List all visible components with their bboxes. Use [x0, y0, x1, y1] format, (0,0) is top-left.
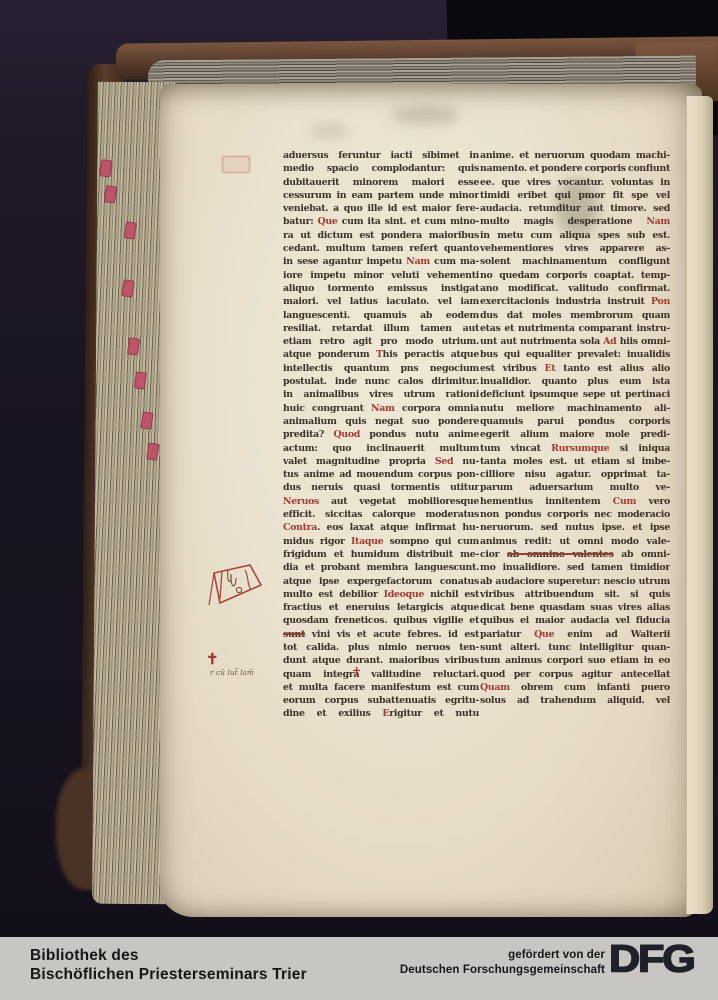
nota-monogram-marginal [206, 561, 264, 607]
manuscript-line: iore impetu minor veluti vehementi [283, 270, 479, 283]
manuscript-line: mo inualidiore. sed tamen timidior [480, 562, 670, 575]
manuscript-line: fractius et eneruius letargicis atque [283, 602, 479, 615]
manuscript-line: anime. et neruorum quodam machi- [480, 150, 670, 163]
manuscript-line: animus redit: ut omni modo vale- [480, 536, 670, 549]
text-column-left: aduersus feruntur iacti sibimet inmedio … [283, 150, 479, 722]
manuscript-line: ra ut dictum est pondera maioribus [283, 230, 479, 243]
library-name-line2: Bischöflichen Priesterseminars Trier [30, 965, 307, 984]
manuscript-line: namento. et pondere corporis confiunt [480, 163, 670, 176]
manuscript-line: pariatur Que enim ad Walterii [480, 629, 670, 642]
parchment-page: aduersus feruntur iacti sibimet inmedio … [160, 84, 702, 917]
bookmark-tab [104, 185, 117, 203]
facing-page-sliver [686, 96, 713, 914]
digitized-manuscript-photo: aduersus feruntur iacti sibimet inmedio … [0, 0, 718, 1000]
manuscript-line: Quam obrem cum infanti puero [480, 682, 670, 695]
manuscript-line: in metu cum aliqua spes sub est. [480, 230, 670, 243]
manuscript-line: Contra. eos laxat atque infirmat hu- [283, 522, 479, 535]
manuscript-line: intellectis quantum pns negocium [283, 363, 479, 376]
manuscript-line: est viribus Et tanto est alius alio [480, 363, 670, 376]
manuscript-line: ee. que vires vocantur. voluntas in [480, 177, 670, 190]
manuscript-line: solent machinamentum confligunt [480, 256, 670, 269]
manuscript-line: neruorum. sed nutus ipse. et ipse [480, 522, 670, 535]
manuscript-line: veniebat. a quo ille id est maior fere- [283, 203, 479, 216]
manuscript-line: maiori. vel latius iaculato. vel iam [283, 296, 479, 309]
manuscript-line: actum: quo inclinauerit multum [283, 443, 479, 456]
manuscript-line: multo est debilior Ideoque nichil est [283, 589, 479, 602]
manuscript-line: vehementiores vires apparere as- [480, 243, 670, 256]
manuscript-line: multo magis desperatione Nam [480, 216, 670, 229]
manuscript-line: etas et nutrimenta comparant instru- [480, 323, 670, 336]
bookmark-tab [140, 411, 153, 429]
manuscript-line: sunt vini vis et acute febres. id est [283, 629, 479, 642]
manuscript-line: medio spacio complodantur: quis [283, 163, 479, 176]
manuscript-line: no quedam corporis coaptat. temp- [480, 270, 670, 283]
manuscript-line: etiam retro agit pro modo utrium. [283, 336, 479, 349]
manuscript-line: resiliat. retardat illum tamen aut [283, 323, 479, 336]
manuscript-line: dubitauerit minorem maiori esse [283, 177, 479, 190]
manuscript-line: in animalibus vires utrum rationi [283, 389, 479, 402]
footer-credit-bar: Bibliothek des Bischöflichen Priestersem… [0, 937, 718, 1000]
manuscript-line: cior ab omnino valentes ab omni- [480, 549, 670, 562]
manuscript-line: aliquo tormento emissus instigat [283, 283, 479, 296]
manuscript-line: dus neruis quasi tormentis utitur [283, 482, 479, 495]
manuscript-line: non pondus corporis nec moderacio [480, 509, 670, 522]
manuscript-line: animalium quis negat suo pondere [283, 416, 479, 429]
manuscript-line: dunt atque durant. maioribus viribus [283, 655, 479, 668]
manuscript-line: midus rigor Itaque sompno qui cum [283, 536, 479, 549]
bookmark-tab [146, 442, 159, 460]
manuscript-line: ano modificat. valitudo confirmat. [480, 283, 670, 296]
manuscript-line: solus ad trahendum aliquid. vel [480, 695, 670, 708]
funding-credit: gefördert von der Deutschen Forschungsge… [400, 948, 605, 978]
manuscript-line: tanta moles est. ut etiam si imbe- [480, 456, 670, 469]
manuscript-line: egerit alium maiore mole predi- [480, 429, 670, 442]
manuscript-line: eorum corpus subattenuatis egritu- [283, 695, 479, 708]
page-smudge [390, 106, 460, 124]
manuscript-line: frigidum et humidum distribuit me- [283, 549, 479, 562]
manuscript-line: bus qui equaliter prevalet: inualidis [480, 349, 670, 362]
manuscript-line: tot calida. plus nimio neruos ten- [283, 642, 479, 655]
manuscript-line: tum vincat Rursumque si iniqua [480, 443, 670, 456]
manuscript-line: quam integra valitudine reluctari. [283, 669, 479, 682]
manuscript-line: quosdam freneticos. quibus vigilie et [283, 615, 479, 628]
bookmark-tab [127, 337, 140, 355]
manuscript-line: hementius innitentem Cum vero [480, 496, 670, 509]
manuscript-line: predita? Quod pondus nutu anime [283, 429, 479, 442]
dfg-logo: DFG [609, 938, 694, 981]
manuscript-line: atque ipse expergefactorum conatus [283, 576, 479, 589]
text-column-right: anime. et neruorum quodam machi-namento.… [480, 150, 670, 708]
manuscript-line: timidi eribet qui pmor fit spe vel [480, 190, 670, 203]
manuscript-line: sunt alteri. tunc intelligitur quan- [480, 642, 670, 655]
manuscript-line: deficiunt ipsumque sepe ut pertinaci [480, 389, 670, 402]
manuscript-line: aduersus feruntur iacti sibimet in [283, 150, 479, 163]
manuscript-line: in sese agantur impetu Nam cum ma- [283, 256, 479, 269]
manuscript-line: tum animus corpori suo etiam in eo [480, 655, 670, 668]
faint-red-stamp [222, 156, 250, 173]
funding-credit-line2: Deutschen Forschungsgemeinschaft [400, 963, 605, 978]
manuscript-line: cessurum in eam partem unde minor [283, 190, 479, 203]
manuscript-line: huic congruant Nam corpora omnia [283, 403, 479, 416]
manuscript-line: cedant. multum tamen refert quanto [283, 243, 479, 256]
manuscript-line: languescenti. quamuis ab eodem [283, 310, 479, 323]
manuscript-line: nutu meliore machinamento ali- [480, 403, 670, 416]
manuscript-line: atque ponderum This peractis atque [283, 349, 479, 362]
bookmark-tab [124, 221, 137, 239]
manuscript-line: dia et probant membra languescunt. [283, 562, 479, 575]
manuscript-line: parum aduersarium multo ve- [480, 482, 670, 495]
manuscript-line: inualidior. quanto plus eum ista [480, 376, 670, 389]
manuscript-line: quamuis parui pondus corporis [480, 416, 670, 429]
manuscript-line: batur: Que cum ita sint. et cum mino- [283, 216, 479, 229]
marginal-gloss-text: r cū lut̄ lam̄ [210, 668, 254, 677]
bookmark-tab [134, 371, 147, 389]
manuscript-line: Neruos aut vegetat mobilioresque [283, 496, 479, 509]
manuscript-line: efficit. siccitas calorque moderatus [283, 509, 479, 522]
manuscript-line: ab audaciore superetur: nescio utrum [480, 576, 670, 589]
manuscript-line: postulat. inde nunc calos dirimitur. [283, 376, 479, 389]
manuscript-line: dine et exilius Erigitur et nutu [283, 708, 479, 721]
manuscript-line: quod per corpus agitur antecellat [480, 669, 670, 682]
manuscript-line: et multa facere manifestum est cum [283, 682, 479, 695]
manuscript-line: dicat bene quasdam suas vires alias [480, 602, 670, 615]
manuscript-line: dus dat moles membrorum quam [480, 310, 670, 323]
manuscript-line: valet magnitudine propria Sed nu- [283, 456, 479, 469]
bookmark-tab [121, 279, 134, 297]
manuscript-line: audacia. retunditur aut timore. sed [480, 203, 670, 216]
red-cross-icon: ✝ [206, 650, 219, 668]
library-name-line1: Bibliothek des [30, 946, 307, 965]
funding-credit-line1: gefördert von der [400, 948, 605, 963]
manuscript-line: exercitacionis industria instruit Pon [480, 296, 670, 309]
correction-cross-icon: + [352, 664, 361, 677]
manuscript-line: viribus attribuendum sit. si quis [480, 589, 670, 602]
library-name: Bibliothek des Bischöflichen Priestersem… [30, 946, 307, 984]
manuscript-line: quibus ei maior audacia vel fiducia [480, 615, 670, 628]
manuscript-line: cilliore nisu agatur. opprimat ta- [480, 469, 670, 482]
manuscript-line: unt aut nutrimenta sola Ad hiis omni- [480, 336, 670, 349]
manuscript-line: tus anime ad mouendum corpus pon- [283, 469, 479, 482]
bookmark-tab [99, 159, 112, 177]
page-smudge [310, 124, 348, 138]
